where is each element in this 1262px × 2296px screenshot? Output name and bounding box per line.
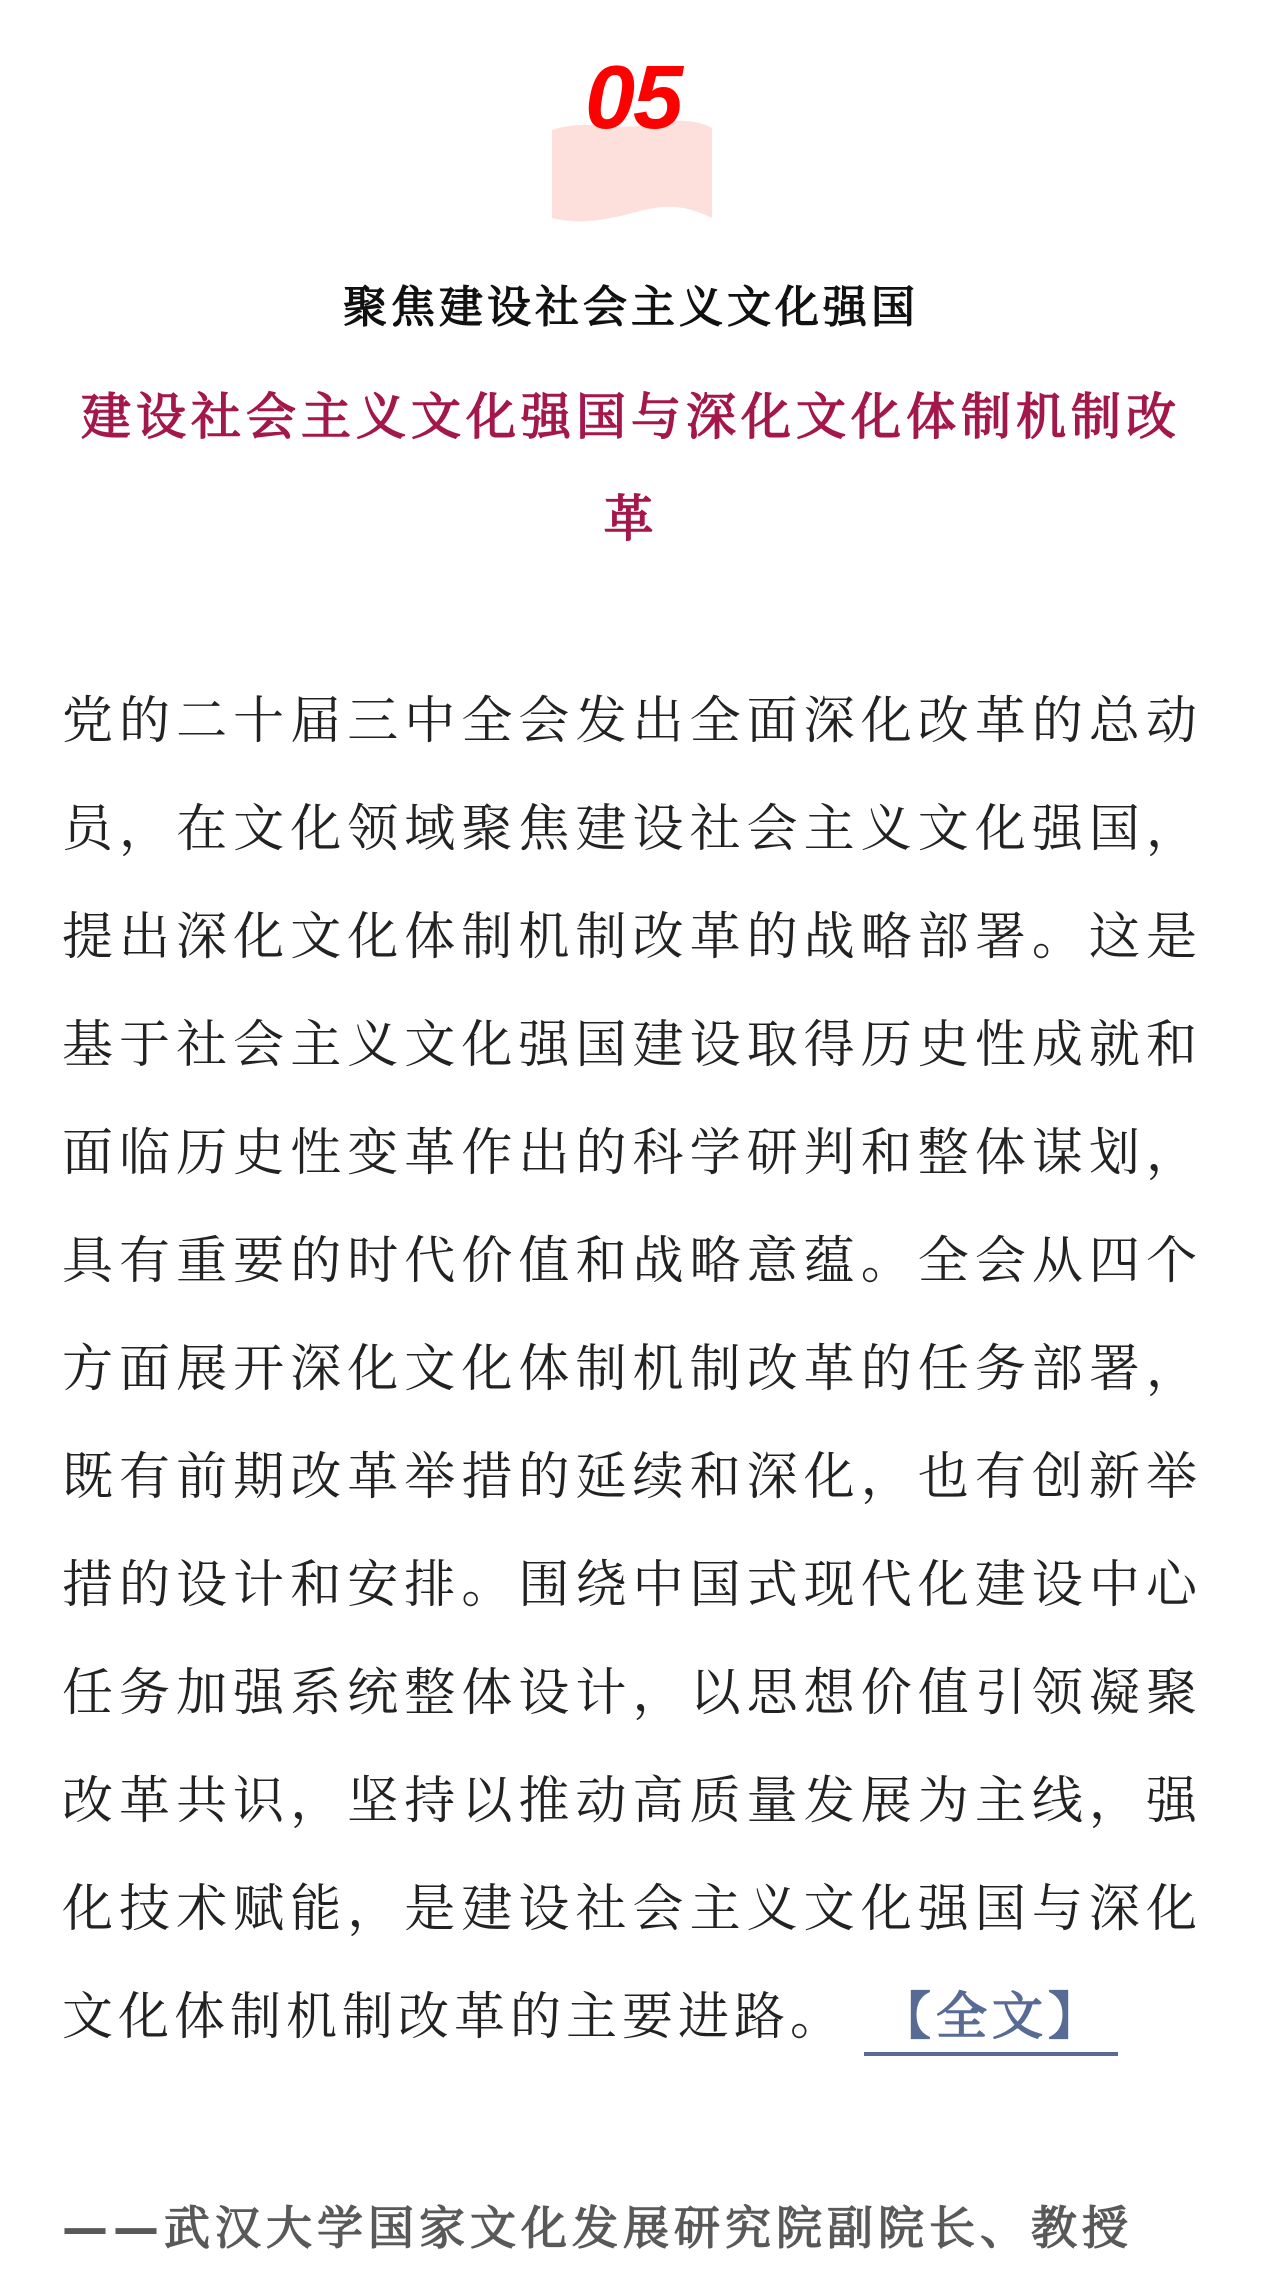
article-body: 党的二十届三中全会发出全面深化改革的总动员，在文化领域聚焦建设社会主义文化强国，… <box>62 668 1202 2072</box>
full-text-link[interactable]: 【全文】 <box>864 1990 1118 2056</box>
section-number: 05 <box>578 48 688 148</box>
section-number-badge: 05 <box>548 40 716 240</box>
author-attribution: ——武汉大学国家文化发展研究院副院长、教授 <box>62 2196 1202 2260</box>
section-kicker: 聚焦建设社会主义文化强国 <box>0 278 1262 338</box>
article-paragraph: 党的二十届三中全会发出全面深化改革的总动员，在文化领域聚焦建设社会主义文化强国，… <box>62 692 1202 2047</box>
section-title: 建设社会主义文化强国与深化文化体制机制改革 <box>62 366 1200 570</box>
